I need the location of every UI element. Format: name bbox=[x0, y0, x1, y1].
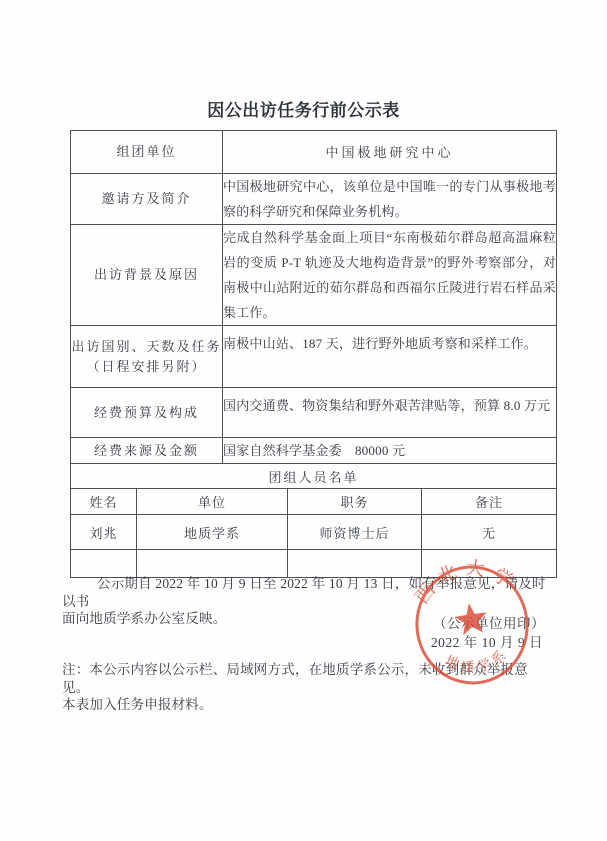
label-visit-country-days-line2: （日程安排另附） bbox=[71, 357, 222, 377]
label-funding-source: 经费来源及金额 bbox=[71, 438, 223, 464]
footer-note: 注：本公示内容以公示栏、局域网方式，在地质学系公示，未收到群众举报意见。 本表加… bbox=[62, 661, 548, 714]
value-visit-background: 完成自然科学基金面上项目“东南极茹尔群岛超高温麻粒岩的变质 P-T 轨迹及大地构… bbox=[223, 225, 557, 326]
label-inviter-intro: 邀请方及简介 bbox=[71, 174, 223, 225]
member-position: 师资博士后 bbox=[288, 515, 422, 550]
seal-unit-note: （公示单位用印） bbox=[433, 612, 545, 632]
form-table: 组团单位 中国极地研究中心 邀请方及简介 中国极地研究中心，该单位是中国唯一的专… bbox=[70, 130, 557, 578]
value-inviter-intro: 中国极地研究中心，该单位是中国唯一的专门从事极地考察的科学研究和保障业务机构。 bbox=[223, 174, 557, 225]
member-name: 刘兆 bbox=[71, 515, 137, 550]
value-budget: 国内交通费、物资集结和野外艰苦津贴等，预算 8.0 万元 bbox=[223, 388, 557, 438]
value-visit-country-days: 南极中山站、187 天，进行野外地质考察和采样工作。 bbox=[223, 326, 557, 388]
roster-member-row: 刘兆 地质学系 师资博士后 无 bbox=[71, 515, 557, 550]
publication-date: 2022 年 10 月 9 日 bbox=[431, 631, 543, 651]
member-position-empty bbox=[288, 550, 422, 578]
member-unit-empty bbox=[137, 550, 288, 578]
document-page: 因公出访任务行前公示表 组团单位 中国极地研究中心 邀请方及简介 中国极地研究中… bbox=[0, 0, 607, 841]
label-organizing-unit: 组团单位 bbox=[71, 131, 223, 174]
label-visit-background: 出访背景及原因 bbox=[71, 225, 223, 326]
row-roster-columns: 姓名 单位 职务 备注 bbox=[71, 489, 557, 515]
member-note: 无 bbox=[422, 515, 557, 550]
roster-col-unit: 单位 bbox=[137, 489, 288, 515]
row-roster-section: 团组人员名单 bbox=[71, 464, 557, 489]
footer-note-line2: 本表加入任务申报材料。 bbox=[62, 696, 548, 714]
value-funding-source: 国家自然科学基金委 80000 元 bbox=[223, 438, 557, 464]
value-organizing-unit: 中国极地研究中心 bbox=[223, 131, 557, 174]
row-visit-background: 出访背景及原因 完成自然科学基金面上项目“东南极茹尔群岛超高温麻粒岩的变质 P-… bbox=[71, 225, 557, 326]
row-inviter-intro: 邀请方及简介 中国极地研究中心，该单位是中国唯一的专门从事极地考察的科学研究和保… bbox=[71, 174, 557, 225]
roster-section-title: 团组人员名单 bbox=[71, 464, 557, 489]
label-visit-country-days-line1: 出访国别、天数及任务 bbox=[71, 337, 222, 357]
row-budget: 经费预算及构成 国内交通费、物资集结和野外艰苦津贴等，预算 8.0 万元 bbox=[71, 388, 557, 438]
footer-note-line1: 注：本公示内容以公示栏、局域网方式，在地质学系公示，未收到群众举报意见。 bbox=[62, 661, 548, 696]
roster-col-note: 备注 bbox=[422, 489, 557, 515]
row-organizing-unit: 组团单位 中国极地研究中心 bbox=[71, 131, 557, 174]
page-title: 因公出访任务行前公示表 bbox=[0, 96, 607, 121]
roster-col-position: 职务 bbox=[288, 489, 422, 515]
member-unit: 地质学系 bbox=[137, 515, 288, 550]
row-visit-country-days: 出访国别、天数及任务 （日程安排另附） 南极中山站、187 天，进行野外地质考察… bbox=[71, 326, 557, 388]
label-budget: 经费预算及构成 bbox=[71, 388, 223, 438]
member-name-empty bbox=[71, 550, 137, 578]
member-note-empty bbox=[422, 550, 557, 578]
row-funding-source: 经费来源及金额 国家自然科学基金委 80000 元 bbox=[71, 438, 557, 464]
label-visit-country-days: 出访国别、天数及任务 （日程安排另附） bbox=[71, 326, 223, 388]
roster-empty-row bbox=[71, 550, 557, 578]
roster-col-name: 姓名 bbox=[71, 489, 137, 515]
announcement-line1: 公示期自 2022 年 10 月 9 日至 2022 年 10 月 13 日，如… bbox=[62, 575, 546, 610]
